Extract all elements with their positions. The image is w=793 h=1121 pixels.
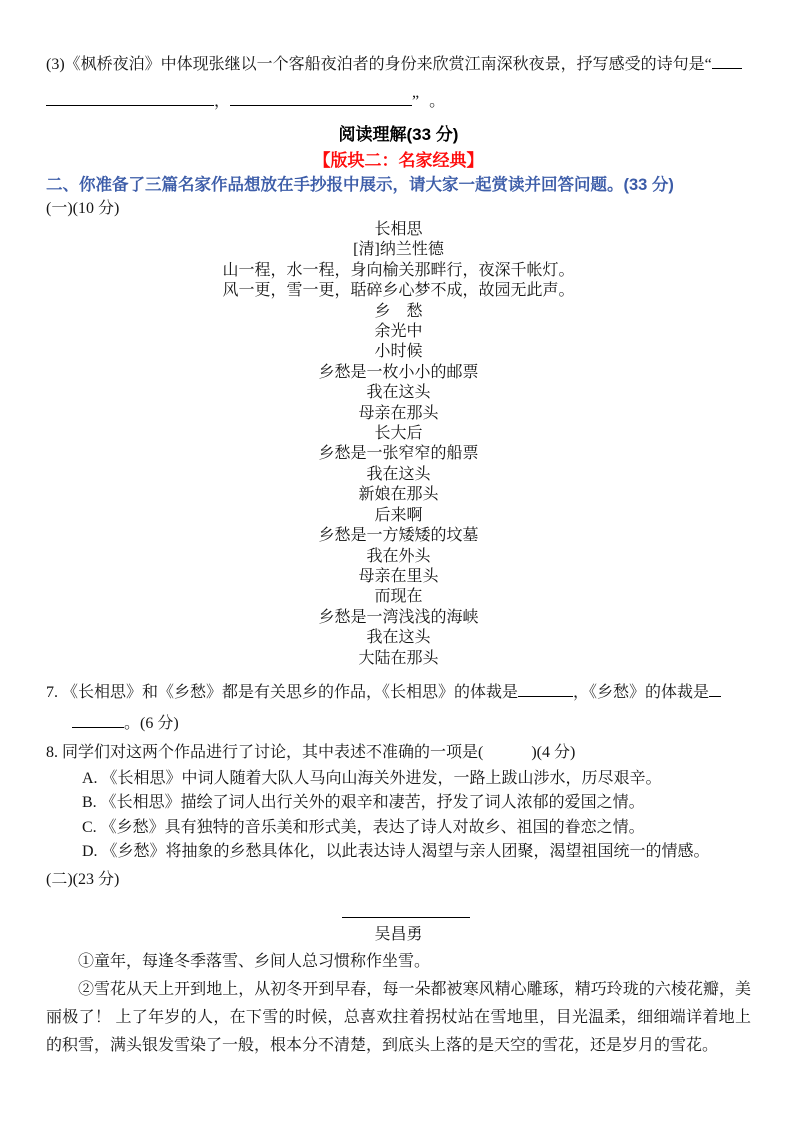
answer-blank bbox=[518, 683, 573, 697]
passage-title-blank-row bbox=[46, 895, 751, 923]
question-3-line2: ，”。 bbox=[46, 83, 751, 120]
poem2-line: 我在这头 bbox=[46, 383, 751, 403]
answer-blank bbox=[709, 683, 721, 697]
passage-author: 吴昌勇 bbox=[46, 923, 751, 947]
poem2-line: 乡愁是一枚小小的邮票 bbox=[46, 363, 751, 383]
passage-title-blank bbox=[342, 895, 470, 918]
question-8-option-a: A. 《长相思》中词人随着大队人马向山海关外进发，一路上跋山涉水，历尽艰辛。 bbox=[46, 767, 751, 791]
answer-blank bbox=[230, 92, 412, 106]
poem1-line: 山一程，水一程，身向榆关那畔行，夜深千帐灯。 bbox=[46, 261, 751, 281]
question-3-line1: (3)《枫桥夜泊》中体现张继以一个客船夜泊者的身份来欣赏江南深秋夜景，抒写感受的… bbox=[46, 46, 751, 83]
poem2-line: 我在外头 bbox=[46, 547, 751, 567]
question-7-line2: 。(6 分) bbox=[46, 708, 751, 739]
poem2-line: 后来啊 bbox=[46, 506, 751, 526]
poem2-line: 母亲在里头 bbox=[46, 567, 751, 587]
section-heading-reading: 阅读理解(33 分) bbox=[46, 122, 751, 148]
poem2-author: 余光中 bbox=[46, 322, 751, 342]
poem2-line: 新娘在那头 bbox=[46, 485, 751, 505]
question-7-line1: 7. 《长相思》和《乡愁》都是有关思乡的作品，《长相思》的体裁是，《乡愁》的体裁… bbox=[46, 677, 751, 708]
answer-blank bbox=[72, 714, 124, 728]
answer-blank bbox=[46, 92, 214, 106]
question-7: 7. 《长相思》和《乡愁》都是有关思乡的作品，《长相思》的体裁是，《乡愁》的体裁… bbox=[46, 677, 751, 739]
comma: ， bbox=[214, 93, 230, 110]
exam-paper-page: (3)《枫桥夜泊》中体现张继以一个客船夜泊者的身份来欣赏江南深秋夜景，抒写感受的… bbox=[0, 0, 793, 1121]
poem2-line: 而现在 bbox=[46, 587, 751, 607]
question-8-option-d: D. 《乡愁》将抽象的乡愁具体化，以此表达诗人渴望与亲人团聚，渴望祖国统一的情感… bbox=[46, 840, 751, 864]
question-7-text: 7. 《长相思》和《乡愁》都是有关思乡的作品，《长相思》的体裁是 bbox=[46, 684, 518, 701]
section-two-instruction: 二、你准备了三篇名家作品想放在手抄报中展示，请大家一起赏读并回答问题。(33 分… bbox=[46, 173, 751, 198]
poem2-line: 长大后 bbox=[46, 424, 751, 444]
passage-paragraph-1: ①童年，每逢冬季落雪、乡间人总习惯称作坐雪。 bbox=[46, 947, 751, 976]
question-3-text: (3)《枫桥夜泊》中体现张继以一个客船夜泊者的身份来欣赏江南深秋夜景，抒写感受的… bbox=[46, 56, 712, 73]
passage-paragraph-2: ②雪花从天上开到地上，从初冬开到早春，每一朵都被寒风精心雕琢，精巧玲珑的六棱花瓣… bbox=[46, 976, 751, 1061]
poem2-line: 乡愁是一张窄窄的船票 bbox=[46, 444, 751, 464]
part-two-label: (二)(23 分) bbox=[46, 865, 751, 895]
poem2-title: 乡 愁 bbox=[46, 302, 751, 322]
poem1-line: 风一更，雪一更，聒碎乡心梦不成，故园无此声。 bbox=[46, 281, 751, 301]
poem2-line: 大陆在那头 bbox=[46, 649, 751, 669]
poem2-line: 乡愁是一湾浅浅的海峡 bbox=[46, 608, 751, 628]
question-7-score: 。(6 分) bbox=[124, 715, 179, 732]
question-8-option-c: C. 《乡愁》具有独特的音乐美和形式美，表达了诗人对故乡、祖国的眷恋之情。 bbox=[46, 816, 751, 840]
poem2-line: 母亲在那头 bbox=[46, 404, 751, 424]
close-quote: ” bbox=[412, 93, 419, 110]
question-8-option-b: B. 《长相思》描绘了词人出行关外的艰辛和凄苦，抒发了词人浓郁的爱国之情。 bbox=[46, 791, 751, 815]
module-heading-red: 【版块二：名家经典】 bbox=[46, 148, 751, 173]
answer-blank bbox=[712, 55, 742, 69]
poem2-line: 我在这头 bbox=[46, 628, 751, 648]
poem2-line: 乡愁是一方矮矮的坟墓 bbox=[46, 526, 751, 546]
question-7-text: ，《乡愁》的体裁是 bbox=[573, 684, 709, 701]
poem2-line: 小时候 bbox=[46, 342, 751, 362]
poem1-author: [清]纳兰性德 bbox=[46, 240, 751, 260]
poem2-line: 我在这头 bbox=[46, 465, 751, 485]
period: 。 bbox=[429, 93, 445, 110]
poem1-title: 长相思 bbox=[46, 220, 751, 240]
part-one-label: (一)(10 分) bbox=[46, 198, 751, 220]
question-8-stem: 8. 同学们对这两个作品进行了讨论，其中表述不准确的一项是( )(4 分) bbox=[46, 739, 751, 767]
